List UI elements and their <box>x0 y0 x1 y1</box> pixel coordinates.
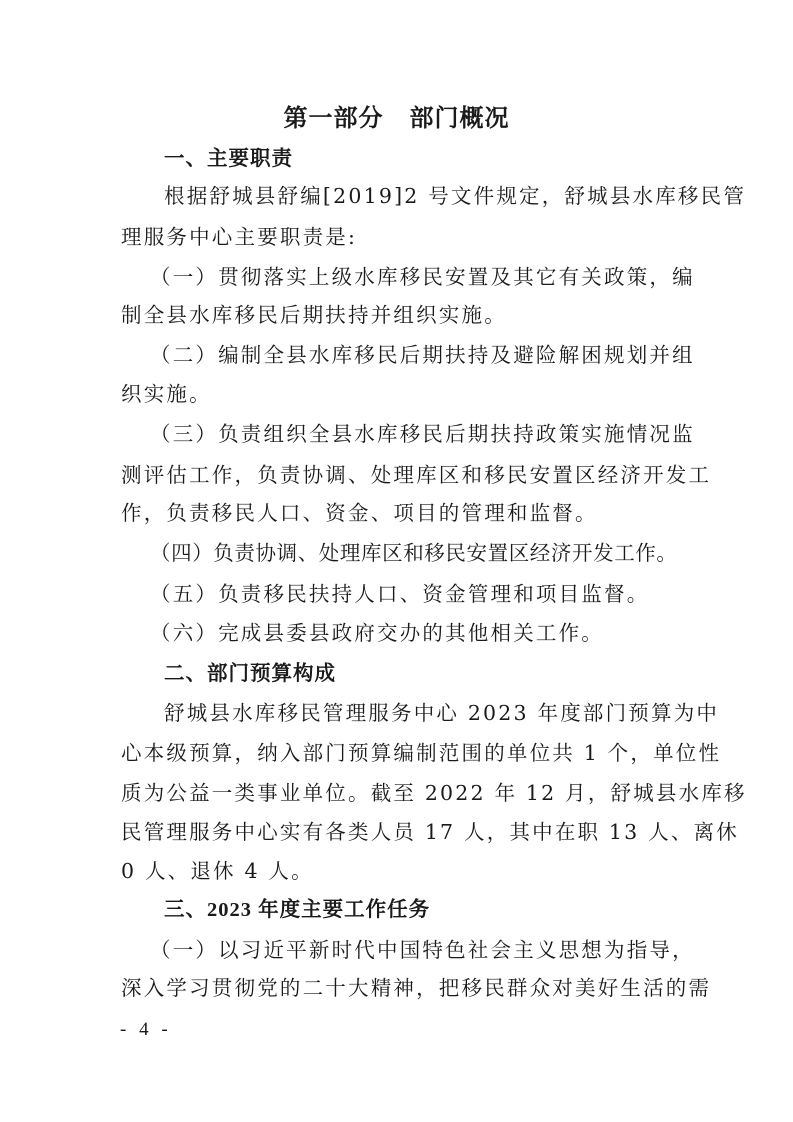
section-heading-tasks: 三、2023 年度主要工作任务 <box>164 897 430 923</box>
part-name: 部门概况 <box>410 104 510 132</box>
paragraph-line: （二）编制全县水库移民后期扶持及避险解困规划并组 <box>150 342 672 368</box>
paragraph-line: 作，负责移民人口、资金、项目的管理和监督。 <box>121 500 673 526</box>
paragraph-line: 民管理服务中心实有各类人员 17 人，其中在职 13 人、离休 <box>121 819 673 845</box>
paragraph-line: 根据舒城县舒编[2019]2 号文件规定，舒城县水库移民管 <box>164 183 672 209</box>
part-label: 第一部分 <box>284 104 384 132</box>
paragraph-line: 心本级预算，纳入部门预算编制范围的单位共 1 个，单位性 <box>121 740 673 766</box>
page-number: - 4 - <box>120 1018 172 1042</box>
paragraph-line: （六）完成县委县政府交办的其他相关工作。 <box>150 620 702 646</box>
paragraph-line: 舒城县水库移民管理服务中心 2023 年度部门预算为中 <box>164 700 672 726</box>
paragraph-line: 理服务中心主要职责是: <box>121 224 673 250</box>
paragraph-line: 制全县水库移民后期扶持并组织实施。 <box>121 302 673 328</box>
page-title: 第一部分部门概况 <box>0 103 793 133</box>
section-heading-duties: 一、主要职责 <box>164 145 293 171</box>
paragraph-line: 深入学习贯彻党的二十大精神，把移民群众对美好生活的需 <box>121 975 673 1001</box>
paragraph-line: 测评估工作，负责协调、处理库区和移民安置区经济开发工 <box>121 462 673 488</box>
paragraph-line: （三）负责组织全县水库移民后期扶持政策实施情况监 <box>150 421 672 447</box>
paragraph-line: 质为公益一类事业单位。截至 2022 年 12 月，舒城县水库移 <box>121 780 673 806</box>
paragraph-line: 0 人、退休 4 人。 <box>121 858 673 884</box>
document-page: 第一部分部门概况 一、主要职责 根据舒城县舒编[2019]2 号文件规定，舒城县… <box>0 0 793 1122</box>
paragraph-line: （五）负责移民扶持人口、资金管理和项目监督。 <box>150 581 702 607</box>
paragraph-line: 织实施。 <box>121 381 673 407</box>
section-heading-budget: 二、部门预算构成 <box>164 660 336 686</box>
paragraph-line: （四）负责协调、处理库区和移民安置区经济开发工作。 <box>150 540 672 566</box>
paragraph-line: （一）以习近平新时代中国特色社会主义思想为指导， <box>150 937 672 963</box>
paragraph-line: （一）贯彻落实上级水库移民安置及其它有关政策，编 <box>150 264 672 290</box>
